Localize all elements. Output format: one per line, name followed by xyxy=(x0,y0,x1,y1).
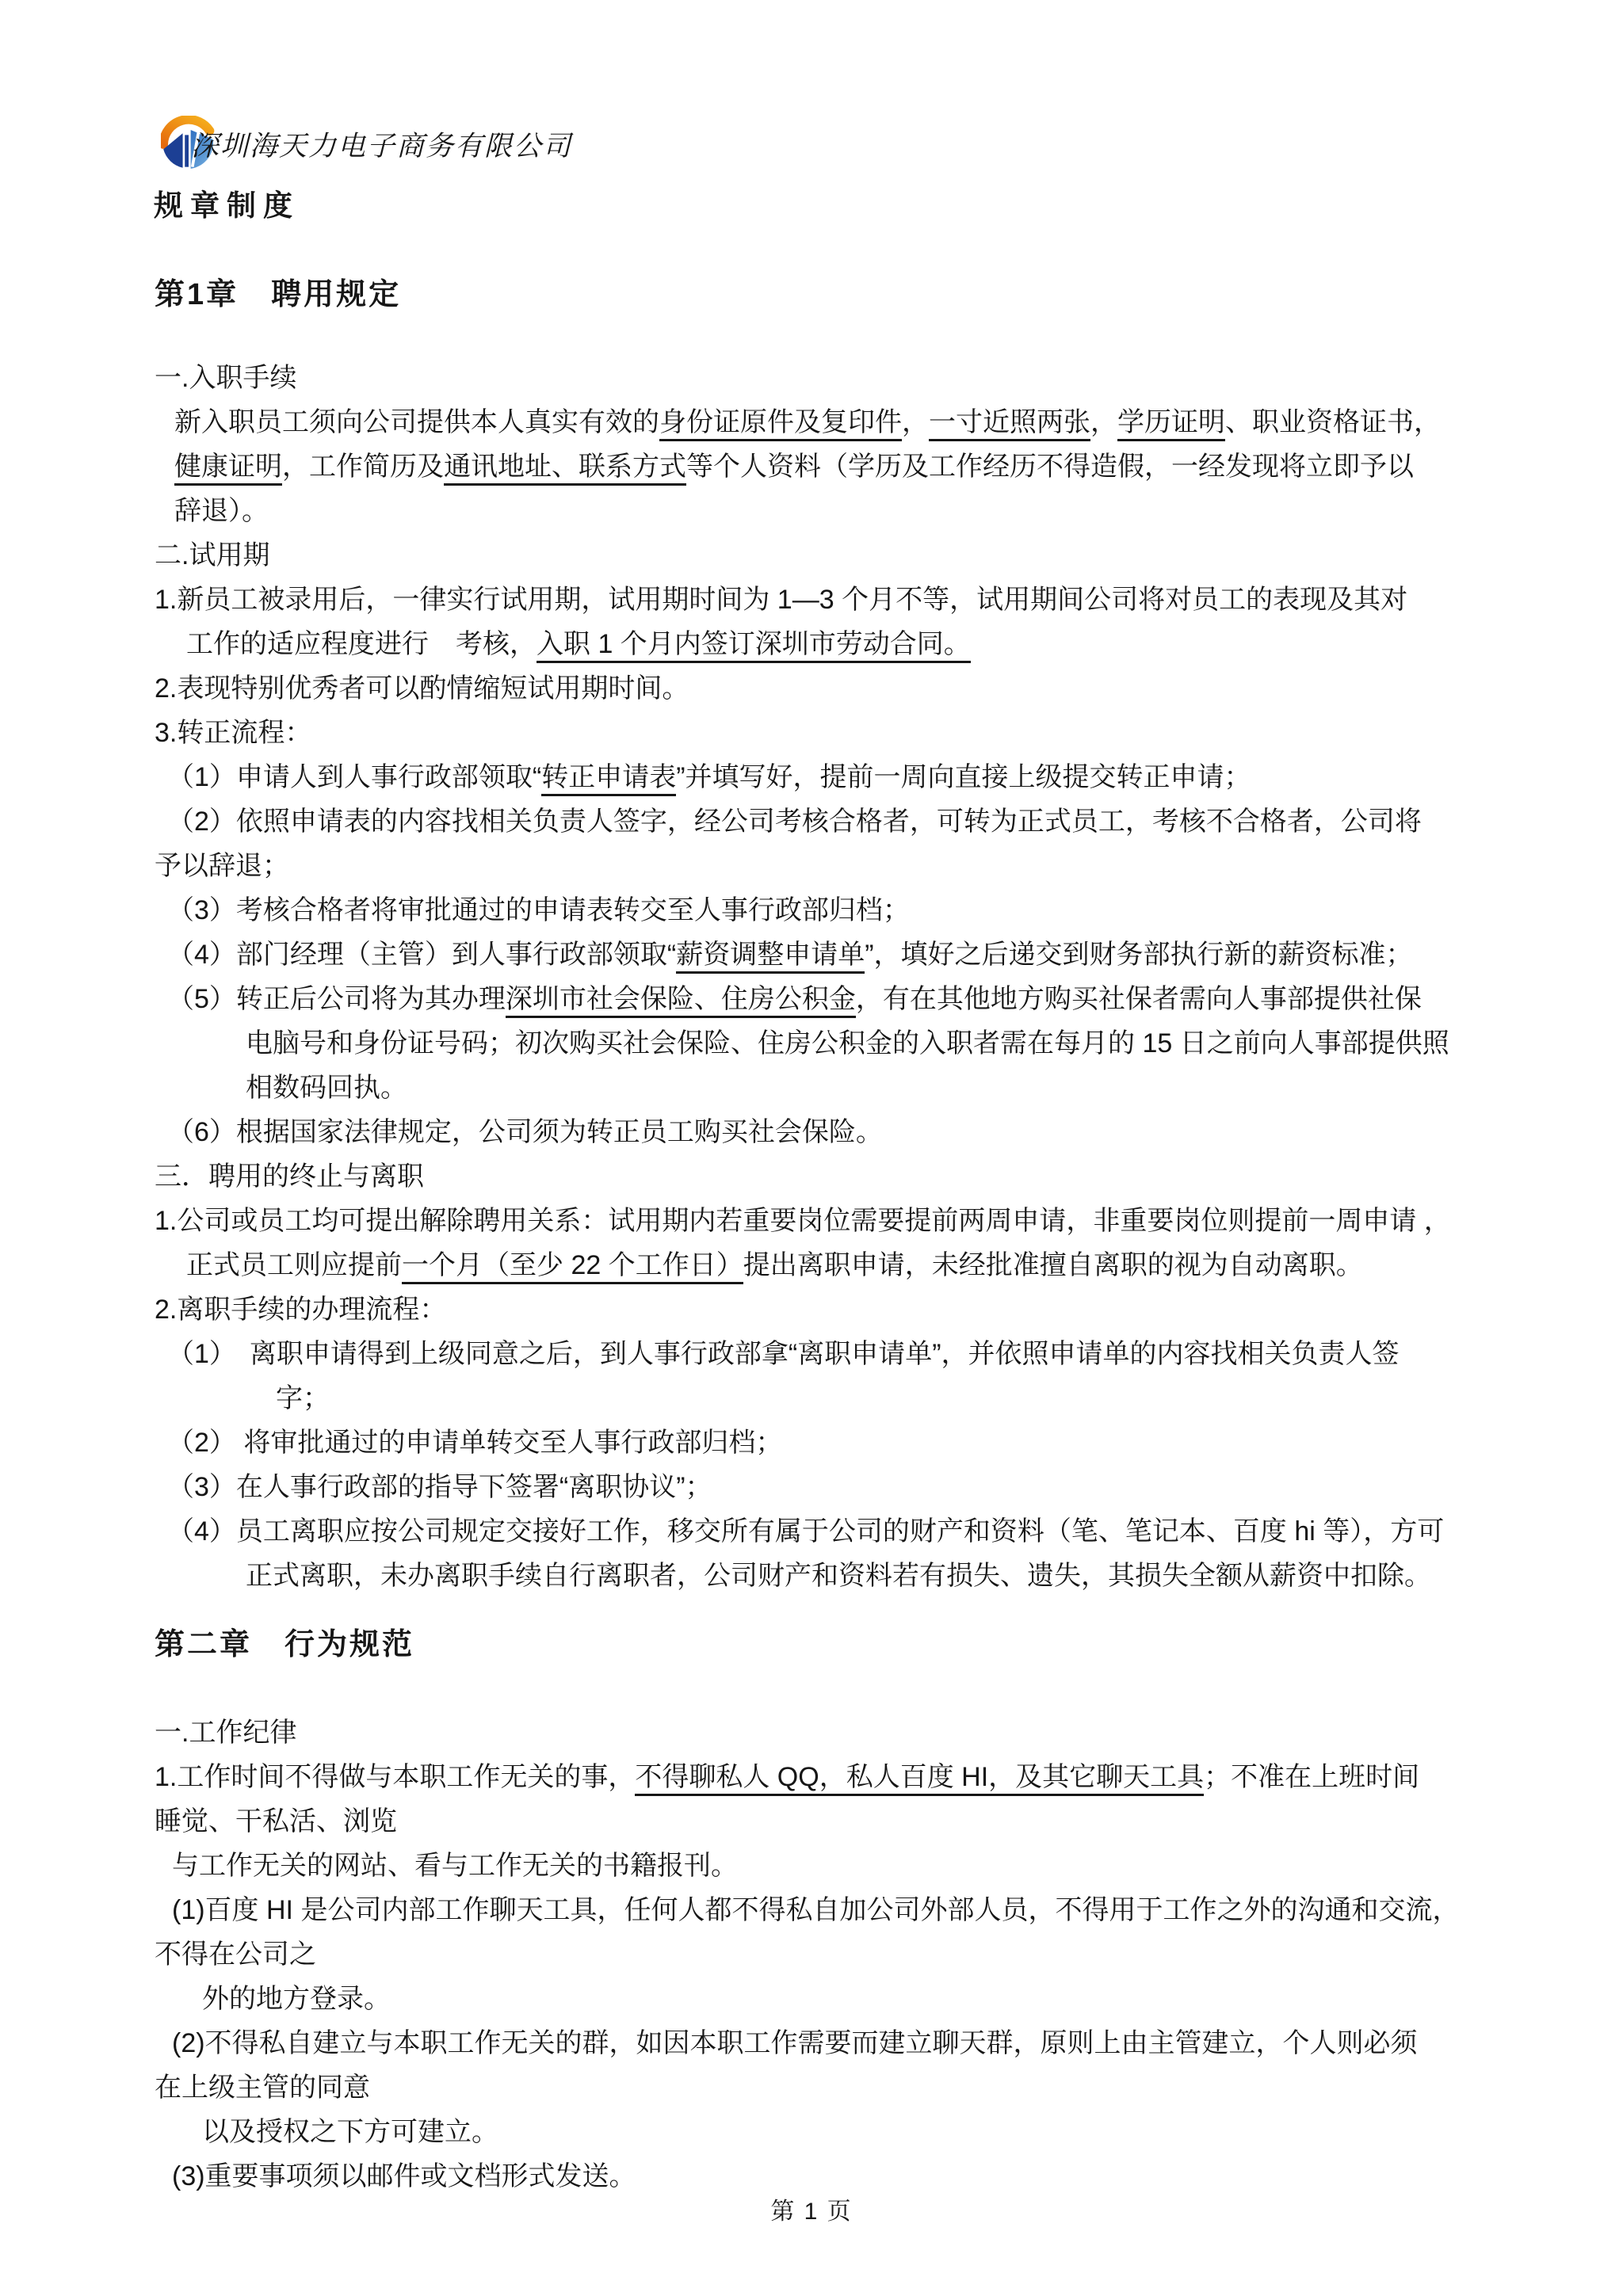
text-run: (1)百度 HI 是公司内部工作聊天工具，任何人都不得私自加公司外部人员，不得用… xyxy=(172,1895,1459,1925)
doc-line: 相数码回执。 xyxy=(155,1066,1560,1110)
underlined-text: 学历证明 xyxy=(1117,407,1225,441)
text-run: 2.离职手续的办理流程： xyxy=(155,1295,446,1325)
text-run: （2）依照申请表的内容找相关负责人签字，经公司考核合格者，可转为正式员工，考核不… xyxy=(167,807,1422,837)
doc-line: 与工作无关的网站、看与工作无关的书籍报刊。 xyxy=(155,1844,1560,1888)
text-run: 相数码回执。 xyxy=(246,1073,407,1103)
text-run: 第1章 聘用规定 xyxy=(155,278,401,311)
chapter-heading: 第1章 聘用规定 xyxy=(155,270,1560,319)
doc-line: 一.入职手续 xyxy=(155,356,1560,400)
text-run: 以及授权之下方可建立。 xyxy=(202,2117,498,2147)
doc-line: 外的地方登录。 xyxy=(155,1977,1560,2021)
text-run: (3)重要事项须以邮件或文档形式发送。 xyxy=(172,2161,636,2191)
doc-line: 1.新员工被录用后，一律实行试用期，试用期时间为 1—3 个月不等，试用期间公司… xyxy=(155,578,1560,622)
doc-line: （6）根据国家法律规定，公司须为转正员工购买社会保险。 xyxy=(155,1110,1560,1154)
text-run: 1.公司或员工均可提出解除聘用关系：试用期内若重要岗位需要提前两周申请，非重要岗… xyxy=(155,1206,1451,1236)
doc-line: 正式离职，未办离职手续自行离职者，公司财产和资料若有损失、遗失，其损失全额从薪资… xyxy=(155,1554,1560,1598)
underlined-text: 一寸近照两张 xyxy=(929,407,1090,441)
text-run: 二.试用期 xyxy=(155,540,269,570)
text-run: 与工作无关的网站、看与工作无关的书籍报刊。 xyxy=(172,1851,738,1881)
document-page: { "header": { "company_name": "深圳海天力电子商务… xyxy=(0,0,1623,2296)
text-run: 正式离职，未办离职手续自行离职者，公司财产和资料若有损失、遗失，其损失全额从薪资… xyxy=(246,1561,1431,1591)
company-name: 深圳海天力电子商务有限公司 xyxy=(191,124,572,164)
text-run: (2)不得私自建立与本职工作无关的群，如因本职工作需要而建立聊天群，原则上由主管… xyxy=(172,2028,1418,2058)
underlined-text: 一个月（至少 22 个工作日） xyxy=(402,1250,743,1284)
doc-line: 予以辞退； xyxy=(155,844,1560,888)
text-run: 新入职员工须向公司提供本人真实有效的 xyxy=(174,407,659,437)
doc-line: (2)不得私自建立与本职工作无关的群，如因本职工作需要而建立聊天群，原则上由主管… xyxy=(155,2021,1560,2065)
doc-line: 3.转正流程： xyxy=(155,711,1560,755)
doc-line: 2.离职手续的办理流程： xyxy=(155,1287,1560,1332)
doc-line: 电脑号和身份证号码；初次购买社会保险、住房公积金的入职者需在每月的 15 日之前… xyxy=(155,1021,1560,1066)
doc-line: 二.试用期 xyxy=(155,533,1560,578)
document-body: 第1章 聘用规定一.入职手续新入职员工须向公司提供本人真实有效的身份证原件及复印… xyxy=(155,270,1560,2199)
text-run: 字； xyxy=(276,1383,330,1413)
underlined-text: 身份证原件及复印件 xyxy=(659,407,902,441)
doc-line: 在上级主管的同意 xyxy=(155,2065,1560,2110)
text-run: （4）部门经理（主管）到人事行政部领取“ xyxy=(167,940,676,970)
text-run: （6）根据国家法律规定，公司须为转正员工购买社会保险。 xyxy=(167,1117,883,1147)
text-run: （3）考核合格者将审批通过的申请表转交至人事行政部归档； xyxy=(167,895,910,925)
text-run: ；不准在上班时间 xyxy=(1204,1762,1419,1792)
doc-line: 字； xyxy=(155,1376,1560,1421)
text-run: 不得在公司之 xyxy=(155,1939,316,1970)
text-run: （2） 将审批通过的申请单转交至人事行政部归档； xyxy=(167,1428,782,1458)
text-run: 3.转正流程： xyxy=(155,718,311,748)
doc-line: 不得在公司之 xyxy=(155,1932,1560,1977)
underlined-text: 薪资调整申请单 xyxy=(676,940,865,974)
text-run: （1）申请人到人事行政部领取“ xyxy=(167,762,541,792)
doc-line: 辞退）。 xyxy=(155,489,1560,533)
doc-line: （4）员工离职应按公司规定交接好工作，移交所有属于公司的财产和资料（笔、笔记本、… xyxy=(155,1509,1560,1554)
text-run: 睡觉、干私活、浏览 xyxy=(155,1806,397,1836)
text-run: 等个人资料（学历及工作经历不得造假，一经发现将立即予以 xyxy=(686,452,1414,482)
text-run: ，工作简历及 xyxy=(282,452,444,482)
doc-line: 工作的适应程度进行 考核，入职 1 个月内签订深圳市劳动合同。 xyxy=(155,622,1560,666)
doc-line: （5）转正后公司将为其办理深圳市社会保险、住房公积金，有在其他地方购买社保者需向… xyxy=(155,977,1560,1021)
text-run: 2.表现特别优秀者可以酌情缩短试用期时间。 xyxy=(155,673,689,704)
text-run: （3）在人事行政部的指导下签署“离职协议”； xyxy=(167,1472,712,1502)
doc-line: 1.工作时间不得做与本职工作无关的事，不得聊私人 QQ，私人百度 HI，及其它聊… xyxy=(155,1755,1560,1799)
text-run: 工作的适应程度进行 考核， xyxy=(186,629,537,659)
text-run: 1.工作时间不得做与本职工作无关的事， xyxy=(155,1762,635,1792)
chapter-heading: 第二章 行为规范 xyxy=(155,1620,1560,1669)
text-run: 一.入职手续 xyxy=(155,363,296,393)
text-run: ”，填好之后递交到财务部执行新的薪资标准； xyxy=(865,940,1412,970)
doc-line: （3）在人事行政部的指导下签署“离职协议”； xyxy=(155,1465,1560,1509)
doc-line: 正式员工则应提前一个月（至少 22 个工作日）提出离职申请，未经批准擅自离职的视… xyxy=(155,1243,1560,1287)
text-run: 、职业资格证书， xyxy=(1225,407,1441,437)
page-title: 规章制度 xyxy=(154,181,300,224)
underlined-text: 入职 1 个月内签订深圳市劳动合同。 xyxy=(537,629,971,663)
text-run: 在上级主管的同意 xyxy=(155,2073,370,2103)
doc-line: 1.公司或员工均可提出解除聘用关系：试用期内若重要岗位需要提前两周申请，非重要岗… xyxy=(155,1199,1560,1243)
text-run: 辞退）。 xyxy=(174,496,269,526)
doc-line: 健康证明，工作简历及通讯地址、联系方式等个人资料（学历及工作经历不得造假，一经发… xyxy=(155,444,1560,489)
text-run: 一.工作纪律 xyxy=(155,1718,296,1748)
underlined-text: 转正申请表 xyxy=(541,762,676,796)
doc-line: 三．聘用的终止与离职 xyxy=(155,1154,1560,1199)
doc-line: 新入职员工须向公司提供本人真实有效的身份证原件及复印件，一寸近照两张，学历证明、… xyxy=(155,400,1560,444)
doc-line: 睡觉、干私活、浏览 xyxy=(155,1799,1560,1844)
text-run: ，有在其他地方购买社保者需向人事部提供社保 xyxy=(856,984,1422,1014)
doc-line: 一.工作纪律 xyxy=(155,1711,1560,1755)
doc-line: （2）依照申请表的内容找相关负责人签字，经公司考核合格者，可转为正式员工，考核不… xyxy=(155,799,1560,844)
text-run: 第二章 行为规范 xyxy=(155,1628,414,1661)
underlined-text: 通讯地址、联系方式 xyxy=(444,452,686,486)
text-run: 予以辞退； xyxy=(155,851,289,881)
underlined-text: 深圳市社会保险、住房公积金 xyxy=(506,984,856,1018)
underlined-text: 不得聊私人 QQ，私人百度 HI，及其它聊天工具 xyxy=(635,1762,1204,1796)
text-run: 提出离职申请，未经批准擅自离职的视为自动离职。 xyxy=(743,1250,1363,1280)
doc-line: (1)百度 HI 是公司内部工作聊天工具，任何人都不得私自加公司外部人员，不得用… xyxy=(155,1888,1560,1932)
text-run: 三．聘用的终止与离职 xyxy=(155,1161,424,1192)
doc-line: 2.表现特别优秀者可以酌情缩短试用期时间。 xyxy=(155,666,1560,711)
text-run: 外的地方登录。 xyxy=(202,1984,391,2014)
doc-line: （1）申请人到人事行政部领取“转正申请表”并填写好，提前一周向直接上级提交转正申… xyxy=(155,755,1560,799)
logo-h-stem xyxy=(185,135,189,166)
text-run: 电脑号和身份证号码；初次购买社会保险、住房公积金的入职者需在每月的 15 日之前… xyxy=(246,1028,1449,1058)
text-run: 1.新员工被录用后，一律实行试用期，试用期时间为 1—3 个月不等，试用期间公司… xyxy=(155,585,1407,615)
text-run: ”并填写好，提前一周向直接上级提交转正申请； xyxy=(676,762,1251,792)
page-number: 第 1 页 xyxy=(0,2191,1623,2226)
text-run: ， xyxy=(1090,407,1117,437)
doc-line: （4）部门经理（主管）到人事行政部领取“薪资调整申请单”，填好之后递交到财务部执… xyxy=(155,933,1560,977)
doc-line: （1） 离职申请得到上级同意之后，到人事行政部拿“离职申请单”，并依照申请单的内… xyxy=(155,1332,1560,1376)
text-run: （5）转正后公司将为其办理 xyxy=(167,984,506,1014)
underlined-text: 健康证明 xyxy=(174,452,282,486)
doc-line: 以及授权之下方可建立。 xyxy=(155,2110,1560,2154)
text-run: （4）员工离职应按公司规定交接好工作，移交所有属于公司的财产和资料（笔、笔记本、… xyxy=(167,1516,1444,1547)
text-run: （1） 离职申请得到上级同意之后，到人事行政部拿“离职申请单”，并依照申请单的内… xyxy=(167,1339,1400,1369)
doc-line: （2） 将审批通过的申请单转交至人事行政部归档； xyxy=(155,1421,1560,1465)
text-run: ， xyxy=(902,407,929,437)
text-run: 正式员工则应提前 xyxy=(186,1250,402,1280)
doc-line: （3）考核合格者将审批通过的申请表转交至人事行政部归档； xyxy=(155,888,1560,933)
